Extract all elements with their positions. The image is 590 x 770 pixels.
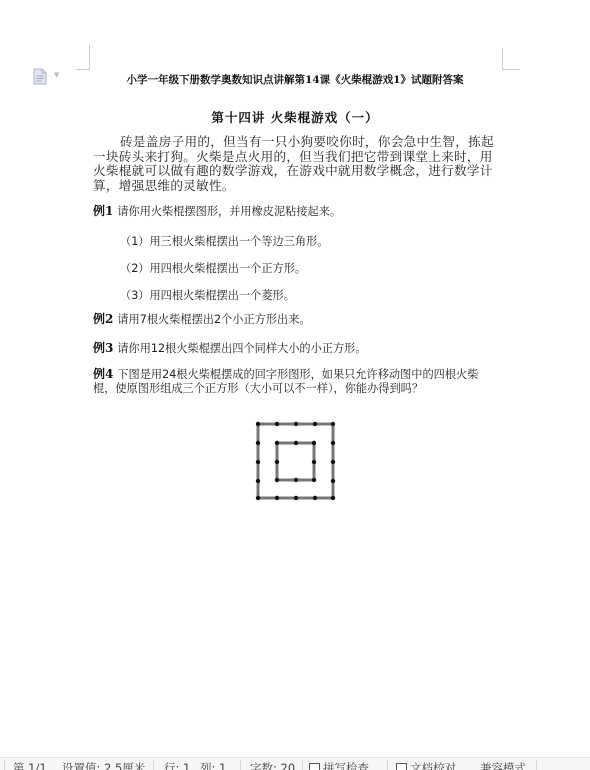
doc-proofread-checkbox-icon[interactable] (396, 763, 407, 770)
example-label: 例4 (93, 367, 113, 381)
spell-check-label: 拼写检查 (323, 760, 369, 770)
status-separator (240, 760, 241, 770)
example-1: 例1请你用火柴棍摆图形，并用橡皮泥粘接起来。 (93, 205, 497, 219)
status-word-count[interactable]: 字数: 20 (250, 761, 295, 770)
status-separator (536, 760, 537, 770)
status-compat-mode: 兼容模式 (480, 761, 526, 770)
example-text: 请你用12根火柴棍摆出四个同样大小的小正方形。 (117, 342, 366, 355)
example-4: 例4下图是用24根火柴棍摆成的回字形图形，如果只允许移动图中的四根火柴棍，使原图… (93, 368, 497, 395)
matchstick-figure (252, 418, 340, 504)
spell-check-toggle[interactable]: 拼写检查 (309, 761, 369, 770)
example-2: 例2请用7根火柴棍摆出2个小正方形出来。 (93, 313, 497, 327)
example-1-item-3: （3）用四根火柴棍摆出一个菱形。 (120, 287, 295, 303)
example-3: 例3请你用12根火柴棍摆出四个同样大小的小正方形。 (93, 342, 497, 356)
status-separator (4, 760, 5, 770)
intro-paragraph: 砖是盖房子用的，但当有一只小狗要咬你时，你会急中生智，拣起一块砖头来打狗。火柴是… (93, 135, 497, 193)
doc-proofread-label: 文档校对 (410, 760, 456, 770)
status-separator (387, 760, 388, 770)
example-1-item-1: （1）用三根火柴棍摆出一个等边三角形。 (120, 233, 329, 249)
doc-proofread-toggle[interactable]: 文档校对 (396, 761, 456, 770)
status-setting-value[interactable]: 设置值: 2.5厘米 (62, 761, 145, 770)
status-page[interactable]: 第 1/1 (13, 761, 47, 770)
page-corner-mark-top-left (76, 45, 90, 70)
status-col: 列: 1 (200, 761, 226, 770)
status-separator (153, 760, 154, 770)
example-text: 下图是用24根火柴棍摆成的回字形图形，如果只允许移动图中的四根火柴棍，使原图形组… (93, 368, 478, 395)
status-bar: 第 1/1 设置值: 2.5厘米 行: 1 列: 1 字数: 20 拼写检查 文… (0, 757, 590, 770)
lesson-title: 第十四讲 火柴棍游戏（一） (0, 108, 590, 126)
example-text: 请你用火柴棍摆图形，并用橡皮泥粘接起来。 (117, 205, 341, 218)
status-separator (302, 760, 303, 770)
example-text: 请用7根火柴棍摆出2个小正方形出来。 (117, 313, 310, 326)
example-1-item-2: （2）用四根火柴棍摆出一个正方形。 (120, 260, 306, 276)
example-label: 例2 (93, 312, 113, 326)
spell-check-checkbox-icon[interactable] (309, 763, 320, 770)
page-corner-mark-top-right (502, 48, 520, 70)
example-label: 例1 (93, 204, 113, 218)
example-label: 例3 (93, 341, 113, 355)
document-header-title: 小学一年级下册数学奥数知识点讲解第14课《火柴棍游戏1》试题附答案 (0, 72, 590, 87)
status-row: 行: 1 (164, 761, 190, 770)
